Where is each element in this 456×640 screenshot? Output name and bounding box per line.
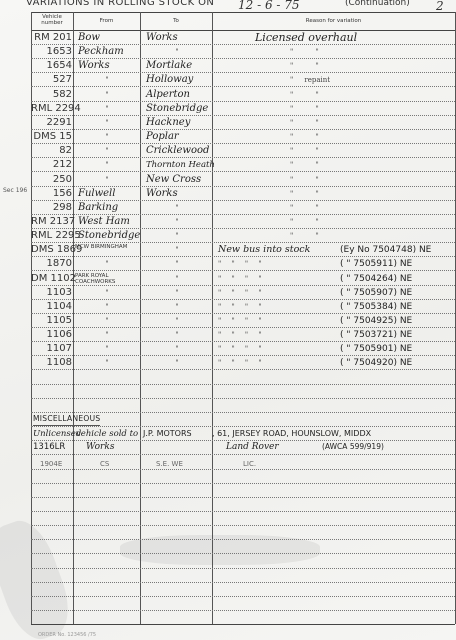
to-cell: Works [146, 32, 178, 44]
row-rule [31, 553, 455, 554]
row-rule [31, 483, 455, 484]
reason-cell: Licensed overhaul [255, 32, 357, 44]
row-rule [31, 355, 455, 356]
from-cell: " [102, 174, 112, 186]
row-rule [31, 398, 455, 399]
form-date: 12 - 6 - 75 [238, 0, 300, 12]
row-rule [31, 610, 455, 611]
row-rule [31, 525, 455, 526]
misc-vehicle-1: Unlicensed [33, 428, 81, 440]
reason-cell: " " " " [218, 287, 266, 299]
misc-from-2: Works [86, 441, 114, 453]
to-cell: Cricklewood [146, 145, 209, 157]
header-vehicle-number: Vehicle number [31, 14, 73, 26]
reason-cell: " " [290, 159, 319, 171]
vehicle-number-cell: 527 [31, 74, 72, 86]
from-cell: Barking [78, 202, 118, 214]
vehicle-number-cell: 212 [31, 159, 72, 171]
row-rule [31, 568, 455, 569]
engine-number-cell: (Ey No 7504748) NE [340, 244, 431, 256]
row-rule [31, 101, 455, 102]
reason-cell: " " " " [218, 301, 266, 313]
to-cell: " [172, 202, 182, 214]
misc-vehicle-2: 1316LR [33, 441, 65, 453]
misc-to-3: S.E. WE [156, 458, 183, 470]
from-cell: Fulwell [78, 188, 115, 200]
header-to: To [140, 18, 212, 24]
row-rule [31, 539, 455, 540]
misc-from-1: vehicle sold to [76, 428, 138, 440]
to-cell: " [172, 230, 182, 242]
row-rule [31, 270, 455, 271]
row-rule [31, 86, 455, 87]
to-cell: " [172, 357, 182, 369]
vehicle-number-cell: 1108 [31, 357, 72, 369]
row-rule [31, 214, 455, 215]
row-rule [31, 369, 455, 370]
from-cell: " [102, 315, 112, 327]
vehicle-number-cell: RM 201 [31, 32, 72, 44]
row-rule [31, 426, 455, 427]
reason-cell: " " " " [218, 329, 266, 341]
vehicle-number-cell: 1654 [31, 60, 72, 72]
to-cell: Stonebridge [146, 103, 208, 115]
vehicle-number-cell: DM 1102 [31, 273, 72, 285]
row-rule [31, 256, 455, 257]
engine-number-cell: ( " 7504925) NE [340, 315, 412, 327]
to-cell: " [172, 258, 182, 270]
from-cell: Bow [78, 32, 100, 44]
vehicle-number-cell: DMS 15 [31, 131, 72, 143]
to-cell: " [172, 46, 182, 58]
row-rule [31, 143, 455, 144]
reason-cell: " " [290, 188, 319, 200]
from-cell: " [102, 145, 112, 157]
row-rule [31, 285, 455, 286]
table-top-border [31, 12, 455, 13]
from-cell: PARK ROYAL COACHWORKS [75, 273, 139, 285]
to-cell: " [172, 273, 182, 285]
header-reason: Reason for variation [212, 18, 455, 24]
misc-heading: MISCELLANEOUS [33, 413, 100, 426]
vehicle-number-cell: 1103 [31, 287, 72, 299]
from-cell: " [102, 74, 112, 86]
engine-number-cell: ( " 7503721) NE [340, 329, 412, 341]
engine-number-cell: ( " 7505907) NE [340, 287, 412, 299]
misc-reason-3: LIC. [243, 458, 256, 470]
misc-reason-1: , 61, JERSEY ROAD, HOUNSLOW, MIDDX [212, 428, 371, 440]
row-rule [31, 228, 455, 229]
to-cell: " [172, 244, 182, 256]
to-cell: " [172, 343, 182, 355]
misc-reason-2: Land Rover [226, 441, 279, 453]
row-rule [31, 582, 455, 583]
reason-cell: " " [290, 131, 319, 143]
row-rule [31, 454, 455, 455]
continuation-label: (Continuation) [345, 0, 410, 8]
vehicle-number-cell: 1107 [31, 343, 72, 355]
header-bottom-border [31, 30, 455, 31]
reason-cell: New bus into stock [218, 244, 310, 256]
to-cell: Hackney [146, 117, 190, 129]
reason-cell: " " " " [218, 315, 266, 327]
row-rule [31, 157, 455, 158]
row-rule [31, 327, 455, 328]
row-rule [31, 341, 455, 342]
form-footer: ORDER No. 123456 /75 [38, 632, 96, 638]
row-rule [31, 511, 455, 512]
reason-cell: " " [290, 60, 319, 72]
from-cell: Peckham [78, 46, 124, 58]
vehicle-number-cell: 298 [31, 202, 72, 214]
row-rule [31, 44, 455, 45]
row-rule [31, 384, 455, 385]
vehicle-number-cell: 250 [31, 174, 72, 186]
vehicle-number-cell: 1106 [31, 329, 72, 341]
vehicle-number-cell: 1104 [31, 301, 72, 313]
reason-cell: " repaint [290, 74, 330, 86]
engine-number-cell: ( " 7505901) NE [340, 343, 412, 355]
to-cell: " [172, 315, 182, 327]
to-cell: Alperton [146, 89, 190, 101]
vehicle-number-cell: 582 [31, 89, 72, 101]
row-rule [31, 200, 455, 201]
misc-from-3: CS [100, 458, 109, 470]
row-rule [31, 72, 455, 73]
row-rule [31, 299, 455, 300]
reason-cell: " " [290, 46, 319, 58]
to-cell: Holloway [146, 74, 193, 86]
misc-to-1: J.P. MOTORS [143, 428, 192, 440]
from-cell: " [102, 131, 112, 143]
from-cell: " [102, 159, 112, 171]
paper-smudge [0, 513, 79, 640]
row-rule [31, 497, 455, 498]
reason-cell: " " [290, 103, 319, 115]
to-cell: " [172, 287, 182, 299]
header-from: From [73, 18, 140, 24]
row-rule [31, 596, 455, 597]
to-cell: " [172, 329, 182, 341]
reason-cell: " " [290, 230, 319, 242]
from-cell: Works [78, 60, 110, 72]
from-cell: West Ham [78, 216, 130, 228]
from-cell: " [102, 89, 112, 101]
vehicle-number-cell: 1105 [31, 315, 72, 327]
from-cell: MCW BIRMINGHAM [75, 244, 139, 250]
reason-cell: " " [290, 216, 319, 228]
row-rule [31, 171, 455, 172]
reason-cell: " " [290, 145, 319, 157]
vehicle-number-cell: DMS 1869 [31, 244, 72, 256]
from-cell: " [102, 329, 112, 341]
vehicle-number-cell: 2291 [31, 117, 72, 129]
row-rule [31, 115, 455, 116]
vehicle-number-cell: 1653 [31, 46, 72, 58]
misc-ref-2: (AWCA 599/919) [322, 441, 384, 453]
to-cell: " [172, 301, 182, 313]
reason-cell: " " [290, 117, 319, 129]
form-title: VARIATIONS IN ROLLING STOCK ON [26, 0, 214, 8]
to-cell: Poplar [146, 131, 179, 143]
rolling-stock-form: VARIATIONS IN ROLLING STOCK ON 12 - 6 - … [0, 0, 456, 640]
vehicle-number-cell: RML 2295 [31, 230, 72, 242]
row-rule [31, 313, 455, 314]
vehicle-number-cell: 156 [31, 188, 72, 200]
column-divider [212, 12, 213, 624]
from-cell: " [102, 357, 112, 369]
row-rule [31, 129, 455, 130]
reason-cell: " " " " [218, 357, 266, 369]
reason-cell: " " " " [218, 343, 266, 355]
from-cell: " [102, 258, 112, 270]
row-rule [31, 186, 455, 187]
to-cell: New Cross [146, 174, 201, 186]
vehicle-number-cell: 82 [31, 145, 72, 157]
engine-number-cell: ( " 7504920) NE [340, 357, 412, 369]
reason-cell: " " [290, 202, 319, 214]
row-rule [31, 242, 455, 243]
to-cell: Works [146, 188, 178, 200]
reason-cell: " " [290, 89, 319, 101]
margin-note: Sec 196 [3, 187, 27, 194]
vehicle-number-cell: 1870 [31, 258, 72, 270]
engine-number-cell: ( " 7504264) NE [340, 273, 412, 285]
reason-cell: " " " " [218, 273, 266, 285]
from-cell: Stonebridge [78, 230, 140, 242]
reason-cell: " " " " [218, 258, 266, 270]
reason-cell: " " [290, 174, 319, 186]
to-cell: " [172, 216, 182, 228]
from-cell: " [102, 343, 112, 355]
from-cell: " [102, 103, 112, 115]
from-cell: " [102, 117, 112, 129]
engine-number-cell: ( " 7505911) NE [340, 258, 412, 270]
to-cell: Thornton Heath [146, 159, 215, 171]
vehicle-number-cell: RM 2137 [31, 216, 72, 228]
to-cell: Mortlake [146, 60, 192, 72]
table-bottom-border [31, 624, 455, 625]
from-cell: " [102, 301, 112, 313]
engine-number-cell: ( " 7505384) NE [340, 301, 412, 313]
column-divider [140, 12, 141, 624]
from-cell: " [102, 287, 112, 299]
vehicle-number-cell: RML 2294 [31, 103, 72, 115]
misc-vehicle-3: 1904E [40, 458, 62, 470]
row-rule [31, 58, 455, 59]
